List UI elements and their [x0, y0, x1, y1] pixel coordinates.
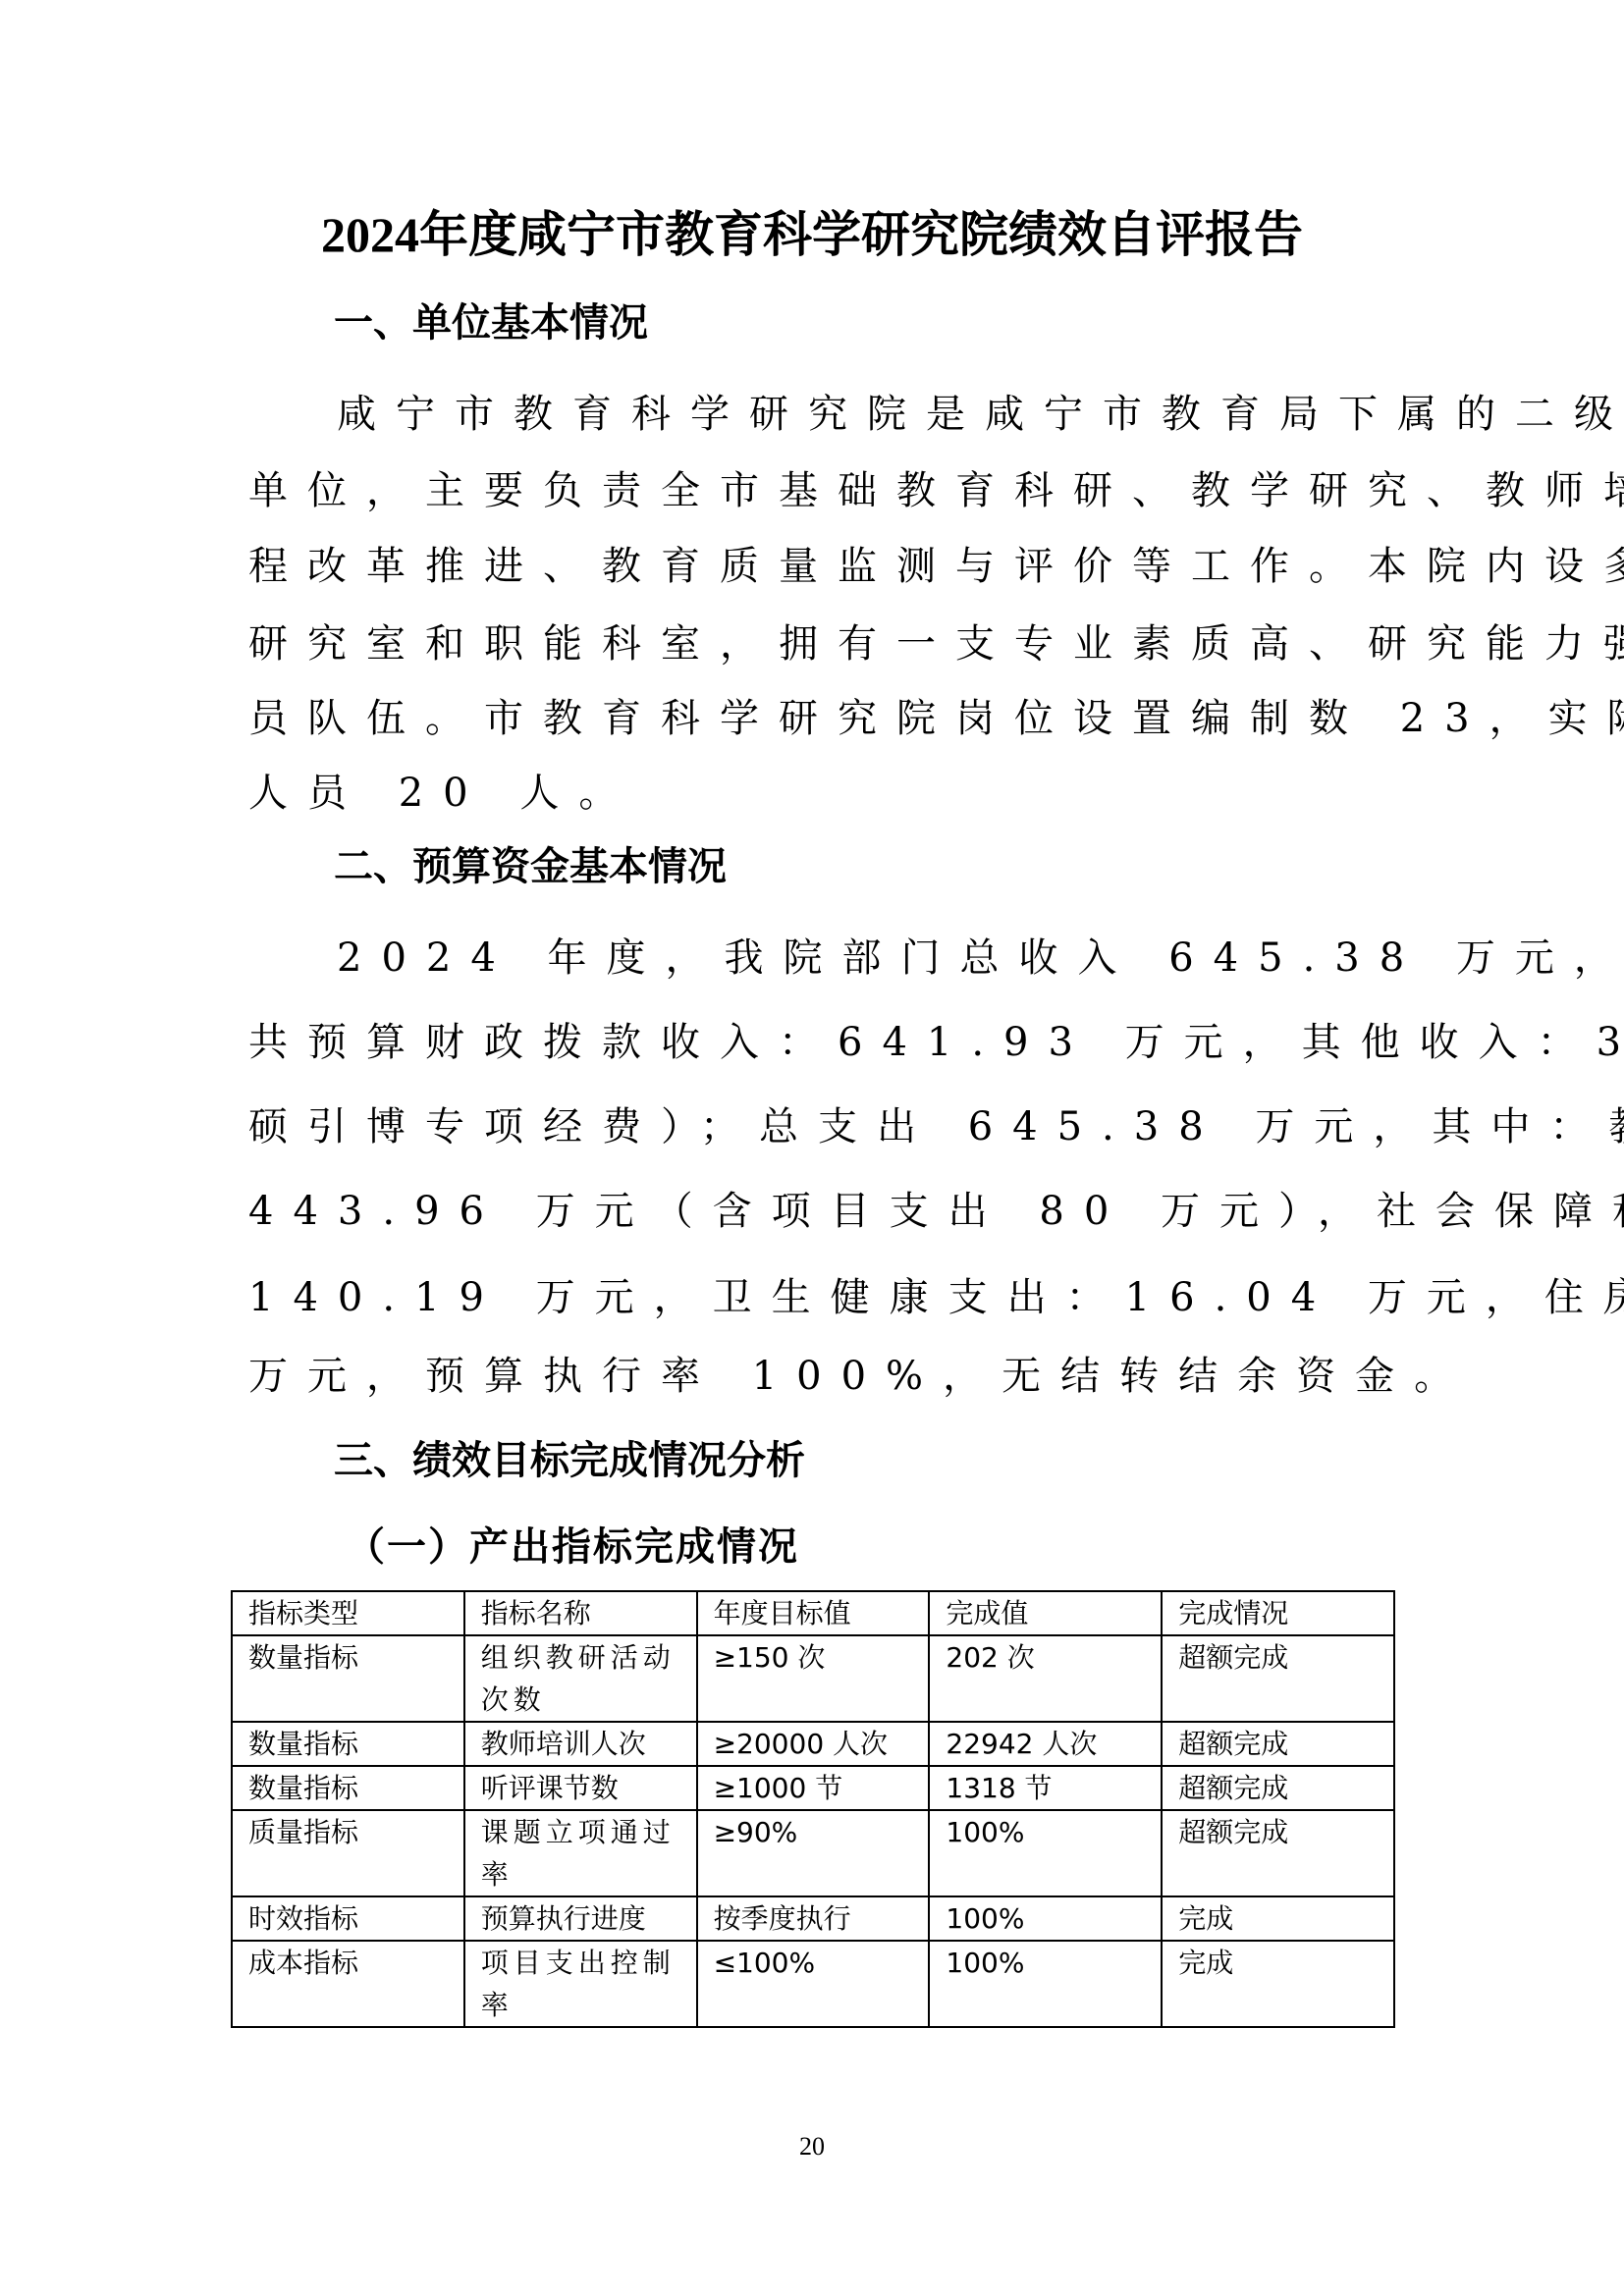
header-cell-completion-status: 完成情况	[1162, 1591, 1394, 1635]
cell-indicator-type: 质量指标	[232, 1810, 464, 1896]
cell-annual-target: ≤100%	[697, 1941, 930, 2027]
cell-actual-value: 202 次	[929, 1635, 1162, 1722]
cell-indicator-name: 预算执行进度	[464, 1896, 697, 1941]
paragraph-line: 人员 20 人。	[248, 770, 637, 817]
cell-indicator-name: 课题立项通过率	[464, 1810, 697, 1896]
cell-actual-value: 22942 人次	[929, 1722, 1162, 1766]
header-cell-indicator-type: 指标类型	[232, 1591, 464, 1635]
cell-completion-status: 超额完成	[1162, 1766, 1394, 1810]
cell-completion-status: 完成	[1162, 1941, 1394, 2027]
cell-indicator-type: 成本指标	[232, 1941, 464, 2027]
cell-actual-value: 100%	[929, 1810, 1162, 1896]
section-heading-unit-basics: 一、单位基本情况	[334, 298, 648, 347]
cell-completion-status: 超额完成	[1162, 1635, 1394, 1722]
cell-completion-status: 超额完成	[1162, 1722, 1394, 1766]
header-cell-annual-target: 年度目标值	[697, 1591, 930, 1635]
cell-actual-value: 100%	[929, 1896, 1162, 1941]
cell-actual-value: 100%	[929, 1941, 1162, 2027]
cell-indicator-type: 数量指标	[232, 1722, 464, 1766]
cell-completion-status: 完成	[1162, 1896, 1394, 1941]
page-number: 20	[0, 2132, 1624, 2162]
table-row: 质量指标 课题立项通过率 ≥90% 100% 超额完成	[232, 1810, 1394, 1896]
output-indicators-table: 指标类型 指标名称 年度目标值 完成值 完成情况 数量指标 组织教研活动次数 ≥…	[231, 1590, 1395, 2028]
paragraph-line: 万元，预算执行率 100%，无结转结余资金。	[248, 1353, 1473, 1400]
paragraph-line: 程改革推进、教育质量监测与评价等工作。本院内设多个学科	[248, 543, 1624, 590]
paragraph-line: 咸宁市教育科学研究院是咸宁市教育局下属的二级预算	[337, 391, 1624, 438]
cell-indicator-name: 听评课节数	[464, 1766, 697, 1810]
cell-indicator-name: 教师培训人次	[464, 1722, 697, 1766]
cell-annual-target: ≥150 次	[697, 1635, 930, 1722]
paragraph-line: 共预算财政拨款收入：641.93 万元，其他收入：3.45 万元（招	[248, 1019, 1624, 1066]
paragraph-line: 140.19 万元，卫生健康支出：16.04 万元，住房保障支出：45.19	[248, 1274, 1624, 1321]
cell-annual-target: ≥90%	[697, 1810, 930, 1896]
header-cell-indicator-name: 指标名称	[464, 1591, 697, 1635]
table-row: 数量指标 听评课节数 ≥1000 节 1318 节 超额完成	[232, 1766, 1394, 1810]
cell-annual-target: ≥1000 节	[697, 1766, 930, 1810]
table-header-row: 指标类型 指标名称 年度目标值 完成值 完成情况	[232, 1591, 1394, 1635]
section-heading-budget-basics: 二、预算资金基本情况	[334, 842, 727, 891]
section-heading-performance-analysis: 三、绩效目标完成情况分析	[334, 1436, 805, 1485]
cell-completion-status: 超额完成	[1162, 1810, 1394, 1896]
table-row: 成本指标 项目支出控制率 ≤100% 100% 完成	[232, 1941, 1394, 2027]
cell-indicator-type: 数量指标	[232, 1635, 464, 1722]
paragraph-line: 硕引博专项经费）；总支出 645.38 万元，其中：教育支出：	[248, 1103, 1624, 1150]
cell-indicator-name: 项目支出控制率	[464, 1941, 697, 2027]
subsection-heading-output-indicators: （一）产出指标完成情况	[346, 1522, 799, 1572]
paragraph-line: 2024 年度，我院部门总收入 645.38 万元，其中：一般公	[337, 934, 1624, 982]
paragraph-line: 单位，主要负责全市基础教育科研、教学研究、教师培训、课	[248, 467, 1624, 514]
header-cell-actual-value: 完成值	[929, 1591, 1162, 1635]
cell-indicator-name: 组织教研活动次数	[464, 1635, 697, 1722]
table-row: 数量指标 组织教研活动次数 ≥150 次 202 次 超额完成	[232, 1635, 1394, 1722]
paragraph-line: 443.96 万元（含项目支出 80 万元），社会保障和就业支出：	[248, 1188, 1624, 1235]
cell-actual-value: 1318 节	[929, 1766, 1162, 1810]
paragraph-line: 员队伍。市教育科学研究院岗位设置编制数 23，实际在职在编	[248, 695, 1624, 742]
cell-indicator-type: 数量指标	[232, 1766, 464, 1810]
cell-indicator-type: 时效指标	[232, 1896, 464, 1941]
cell-annual-target: ≥20000 人次	[697, 1722, 930, 1766]
table-row: 数量指标 教师培训人次 ≥20000 人次 22942 人次 超额完成	[232, 1722, 1394, 1766]
document-title: 2024年度咸宁市教育科学研究院绩效自评报告	[0, 202, 1624, 267]
table-row: 时效指标 预算执行进度 按季度执行 100% 完成	[232, 1896, 1394, 1941]
paragraph-line: 研究室和职能科室，拥有一支专业素质高、研究能力强的教研	[248, 620, 1624, 667]
cell-annual-target: 按季度执行	[697, 1896, 930, 1941]
